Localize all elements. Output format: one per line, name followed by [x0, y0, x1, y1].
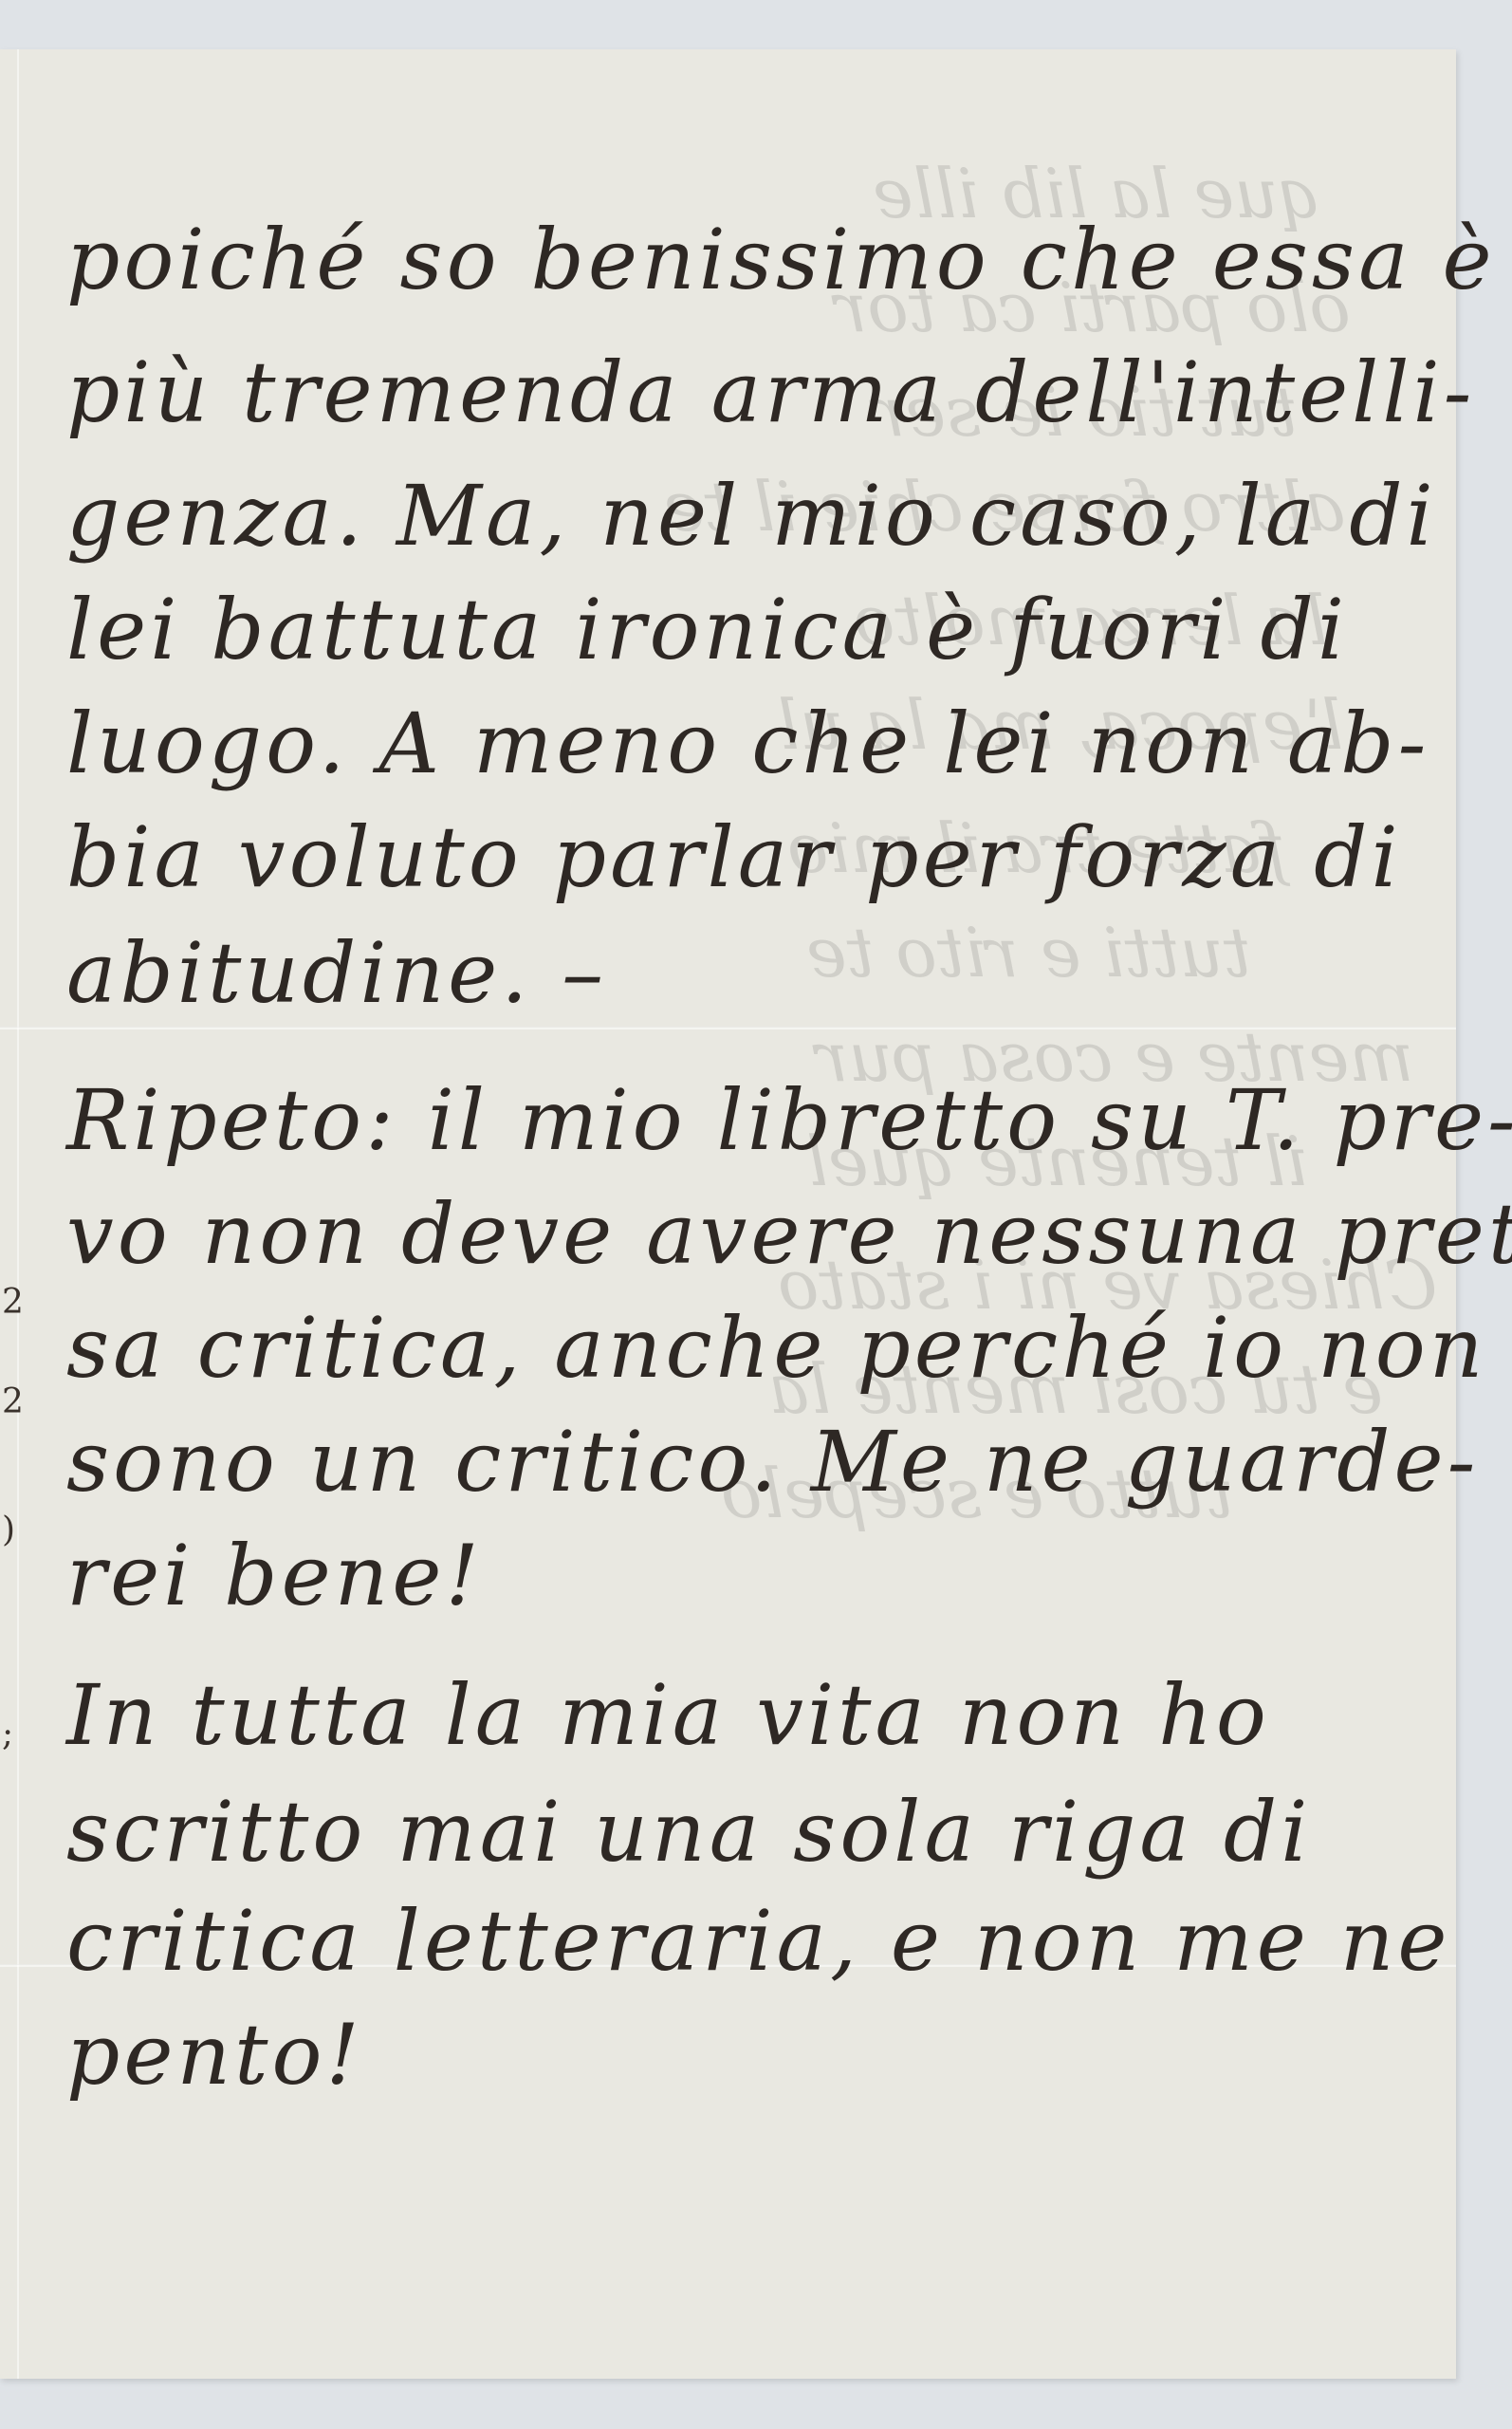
letter-page: que la lib ille olo parti ca tor tut tio…: [0, 49, 1456, 2379]
text-line: In tutta la mia vita non ho: [66, 1674, 1270, 1757]
margin-mark: 2: [2, 1283, 24, 1322]
text-line: sono un critico. Me ne guarde-: [66, 1420, 1479, 1504]
text-line: più tremenda arma dell'intelli-: [66, 351, 1475, 435]
text-line: pento!: [66, 2013, 363, 2097]
text-line: luogo. A meno che lei non ab-: [66, 702, 1429, 786]
bleed-line: tutti e rito te: [806, 913, 1251, 992]
text-line: critica letteraria, e non me ne: [66, 1900, 1451, 1983]
text-line: poiché so benissimo che essa è la: [66, 218, 1512, 302]
margin-mark: ): [2, 1511, 15, 1549]
fold-crease-vertical: [17, 49, 19, 2379]
margin-mark: ;: [2, 1715, 13, 1753]
text-line: Ripeto: il mio libretto su T. pre-: [66, 1079, 1512, 1162]
text-line: abitudine. –: [66, 932, 607, 1015]
text-line: genza. Ma, nel mio caso, la di: [66, 474, 1437, 558]
text-line: sa critica, anche perché io non: [66, 1307, 1486, 1390]
margin-mark: 2: [2, 1382, 24, 1421]
text-line: scritto mai una sola riga di: [66, 1790, 1311, 1874]
text-line: vo non deve avere nessuna prete-: [66, 1193, 1512, 1276]
fold-crease-horizontal: [0, 1027, 1456, 1029]
text-line: lei battuta ironica è fuori di: [66, 588, 1348, 672]
text-line: rei bene!: [66, 1534, 483, 1618]
text-line: bia voluto parlar per forza di: [66, 816, 1402, 899]
